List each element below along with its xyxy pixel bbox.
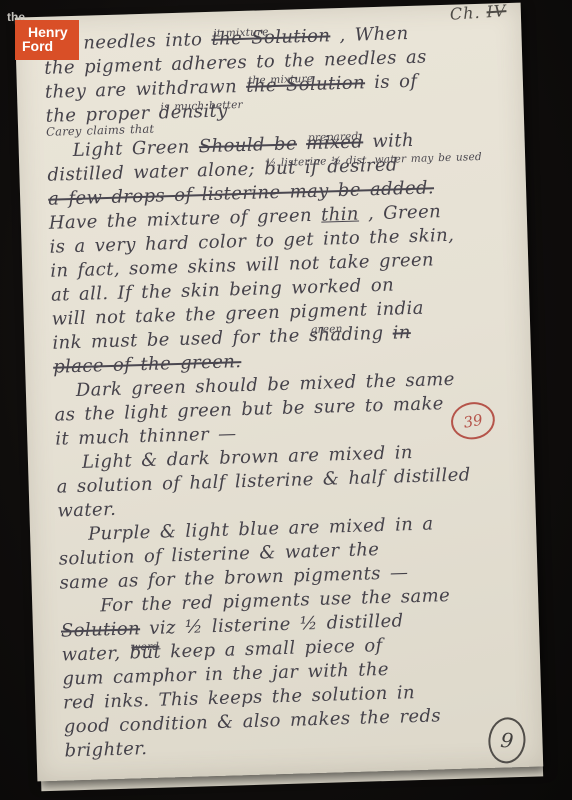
inserted-note: green	[311, 324, 343, 335]
chapter-annotation: Ch. IV	[450, 3, 508, 24]
handwritten-text: water.	[57, 499, 116, 522]
handwritten-text: shadinggreen	[309, 323, 384, 346]
struck-text: in	[392, 322, 411, 344]
struck-text: place of the green.	[53, 351, 242, 378]
struck-text: Solution	[61, 618, 141, 641]
handwritten-text: it much thinner —	[55, 423, 237, 449]
handwritten-text: densityis much better	[158, 100, 228, 123]
inserted-note: is much better	[160, 100, 242, 113]
manuscript-page: Ch. IV the needles into the Solutionit m…	[15, 3, 543, 782]
logo-ford-text: Ford	[22, 39, 79, 53]
scanned-document-view: { "logo": { "the": "the", "henry": "Henr…	[0, 0, 572, 800]
struck-text: the Solutionthe mixture	[246, 72, 366, 97]
manuscript-text: the needles into the Solutionit mixture …	[43, 19, 526, 763]
inserted-note: it mixture	[213, 27, 269, 39]
chapter-prefix: Ch.	[450, 3, 482, 24]
inserted-note: prepared	[308, 131, 359, 143]
handwritten-text: butword	[129, 642, 161, 664]
page-number: 9	[499, 728, 514, 753]
struck-text: Should be	[199, 133, 298, 157]
handwritten-text: is of	[365, 71, 418, 94]
handwritten-text: , Green	[359, 201, 442, 224]
handwritten-text: Light Green	[72, 136, 199, 161]
chapter-numeral: IV	[486, 3, 507, 22]
red-page-number: 39	[462, 410, 484, 431]
logo-henry-text: Henry	[28, 25, 79, 39]
inserted-note: the mixture	[248, 74, 313, 86]
henry-ford-logo: the Henry Ford	[6, 10, 84, 62]
struck-text: the Solutionit mixture	[211, 25, 331, 50]
handwritten-text: thin	[321, 204, 359, 226]
handwritten-text: brighter.	[64, 738, 147, 761]
handwritten-text: water,	[61, 643, 129, 666]
handwritten-text: , When	[330, 23, 409, 46]
struck-text: mixedprepared	[306, 131, 364, 154]
logo-square: Henry Ford	[15, 20, 79, 60]
handwritten-text: with	[363, 130, 414, 152]
inserted-note: word	[131, 641, 159, 652]
handwritten-text: but if desired½ listerine ½ dist. water …	[264, 154, 398, 179]
